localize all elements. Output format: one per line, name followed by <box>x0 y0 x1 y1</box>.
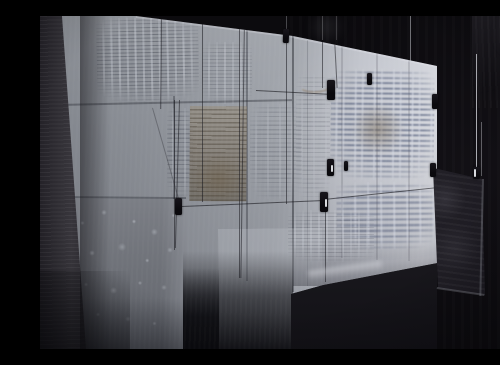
hanging-wire <box>410 16 411 66</box>
binder-clip <box>175 198 182 215</box>
hanging-wire <box>336 16 337 40</box>
binder-clip <box>327 159 334 176</box>
clip-metal-glint <box>325 199 327 207</box>
binder-clip <box>344 161 348 171</box>
binder-clip <box>430 163 436 177</box>
acrylic-hanger-clip <box>473 167 480 179</box>
hanging-wire <box>481 122 482 176</box>
binder-clip <box>283 29 289 43</box>
installation-photo <box>40 16 500 349</box>
binder-clip <box>367 73 372 85</box>
binder-clip <box>432 94 438 109</box>
binder-clip <box>327 80 335 100</box>
binder-clip <box>320 192 328 212</box>
clip-metal-glint <box>474 169 476 177</box>
hanging-wire <box>476 54 477 172</box>
corner-shadow <box>40 271 130 349</box>
hanging-wire <box>322 16 323 40</box>
clip-metal-glint <box>331 165 333 172</box>
